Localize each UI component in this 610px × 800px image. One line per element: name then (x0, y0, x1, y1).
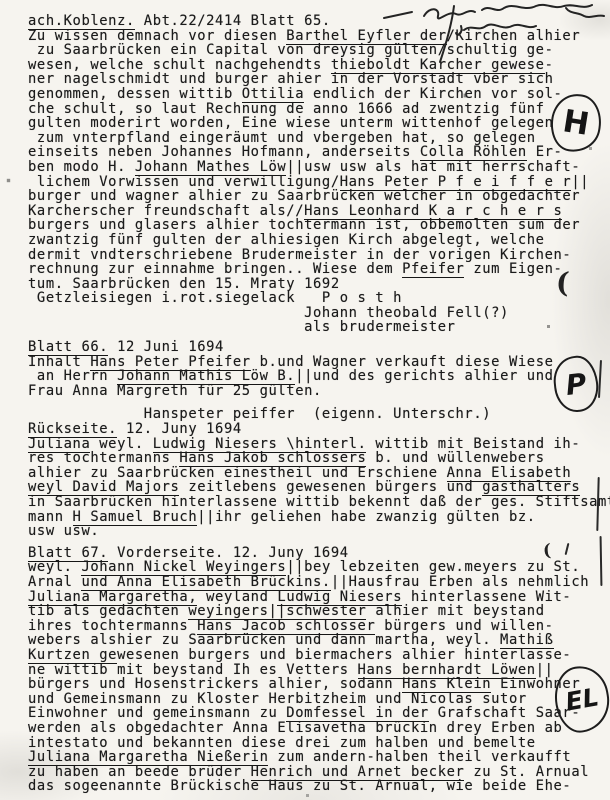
text-segment: intestato und bekannten diese drei zum h… (28, 735, 536, 751)
text-line: zu haben an beede brüder Henrich und Arn… (28, 765, 610, 780)
text-segment: wittib mit Beistand ih- (366, 436, 580, 452)
text-line: Blatt 67. Vorderseite. 12. Juny 1694 (28, 546, 610, 561)
text-segment: res tochtermanns (28, 450, 179, 466)
text-segment: genommen, dessen wittib (28, 86, 242, 102)
text-segment: tib als gedachten (28, 603, 188, 619)
text-line: che schult, so laut Rechnung de anno 166… (28, 102, 610, 117)
text-segment: Arnal (28, 574, 81, 590)
text-segment: burgers und glasers alhier tochtermann i… (28, 217, 580, 233)
text-line: an Herrn Johann Mathis Löw B.||und des g… (28, 369, 610, 384)
text-segment: mann (28, 509, 73, 525)
text-segment: bürgers und Hosenstrickers alhier, sodan… (28, 676, 402, 692)
text-segment: zeitlebens gewesenen bürgers und (179, 479, 482, 495)
text-segment: weyl. (90, 436, 152, 452)
text-segment: b. und wüllenwebers (366, 450, 544, 466)
text-line: Rückseite. 12. Juny 1694 (28, 422, 610, 437)
text-line: rechnung zur einnahme bringen.. Wiese de… (28, 262, 610, 277)
text-segment: bürgers und willen- (375, 618, 553, 634)
text-segment: che schult, so laut Rechnung de anno 166… (28, 101, 545, 117)
text-line: als brudermeister (28, 320, 610, 335)
text-segment: ||und des gerichts alhier und (295, 368, 553, 384)
underlined-text: Pfeifer (402, 261, 464, 278)
text-line: bürgers und Hosenstrickers alhier, sodan… (28, 677, 610, 692)
text-segment: weyland (197, 589, 277, 605)
text-line: Frau Anna Margreth für 25 gülten. (28, 384, 610, 399)
text-segment: hinterlassene Wit- (402, 589, 571, 605)
text-segment: zum Eigen- (464, 261, 562, 277)
text-line: tib als gedachten weyingers||schwester a… (28, 604, 610, 619)
text-segment: ||bey lebzeiten gew.meyers zu St. (286, 559, 580, 575)
text-segment: webers alshier zu Saarbrücken und dann m… (28, 632, 500, 648)
text-line: Juliana weyl. Ludwig Niesers \hinterl. w… (28, 437, 610, 452)
text-line: ben modo H. Johann Mathes Löw||usw usw a… (28, 160, 610, 175)
text-block: ach.Koblenz. Abt.22/2414 Blatt 65.Zu wis… (28, 14, 610, 794)
text-segment: ben modo H. (28, 159, 135, 175)
text-line: ihres tochtermanns Hans Jacob schlosser … (28, 619, 610, 634)
text-segment: tum. Saarbrücken den 15. Mraty 1692 (28, 276, 340, 292)
text-segment: Hanspeter peiffer (eigenn. Unterschr.) (28, 406, 491, 422)
text-segment: lichem Vorwissen und verwilligung/ (28, 174, 340, 190)
text-segment: 12. Juny 1694 (117, 421, 242, 437)
text-segment: endlich der Kirchen vor sol- (304, 86, 562, 102)
text-line: das sogeenannte Brückische Haus zu St. A… (28, 779, 610, 794)
text-line: weyl David Majors zeitlebens gewesenen b… (28, 480, 610, 495)
text-line: Einwohner und gemeinsmann zu Domfessel i… (28, 706, 610, 721)
text-line: zum vnterpfland eingeräumt und vbergeben… (28, 131, 610, 146)
text-segment: || (571, 174, 589, 190)
text-line: usw usw. (28, 524, 610, 539)
text-segment: einseits neben Johannes Hofmann, anderse… (28, 144, 420, 160)
text-segment: Einwohner und gemeinsmann zu (28, 705, 286, 721)
text-segment: wesenen burgers und biermachers alhier h… (117, 647, 571, 663)
text-line: Getzleisiegen i.rot.siegelack P o s t h (28, 291, 610, 306)
text-segment: als brudermeister (28, 319, 456, 335)
paper-specks (0, 0, 1, 1)
text-segment: Inhalt (28, 354, 90, 370)
text-segment: Frau Anna Margreth für 25 gülten. (28, 383, 322, 399)
margin-paren-mark: ( (555, 266, 571, 300)
text-segment: 12 Juni 1694 (108, 339, 224, 355)
text-line: Inhalt Hans Peter Pfeifer b.und Wagner v… (28, 355, 610, 370)
text-segment: ner nagelschmidt und burger ahier in der… (28, 71, 553, 87)
text-line: burgers und glasers alhier tochtermann i… (28, 218, 610, 233)
text-line: werden als obgedachter Anna Elisavetha b… (28, 721, 610, 736)
text-segment: und Gemeinsmann zu Kloster Herbitzheim u… (28, 691, 527, 707)
text-segment: ||ihr geliehen habe zwanzig gülten bz. (197, 509, 535, 525)
text-segment: zum andern-halben theil verkaufft (268, 749, 571, 765)
text-segment: Vorderseite. 12. Juny 1694 (108, 545, 348, 561)
text-line: zwantzig fünf gulten der alhiesigen Kirc… (28, 233, 610, 248)
text-line: intestato und bekannten diese drei zum h… (28, 736, 610, 751)
text-segment: ||usw usw als hat mit herrschaft- (286, 159, 580, 175)
text-line: mann H Samuel Bruch||ihr geliehen habe z… (28, 510, 610, 525)
text-segment: weyl. (28, 559, 81, 575)
text-segment: an Herrn (28, 368, 117, 384)
text-segment: wesen, welche schult nachgehendts (28, 57, 331, 73)
text-segment: Er- (527, 144, 563, 160)
text-segment: dermit vndterschriebene Brudermeister in… (28, 247, 571, 263)
text-segment: Zu wissen demnach vor diesen (28, 28, 286, 44)
handwritten-scribble-icon (378, 0, 608, 66)
text-line: dermit vndterschriebene Brudermeister in… (28, 248, 610, 263)
text-segment: || (536, 662, 554, 678)
text-line: Karcherscher freundschaft als//Hans Leon… (28, 204, 610, 219)
text-segment: zum vnterpfland eingeräumt und vbergeben… (28, 130, 536, 146)
text-segment: alhier mit beystand (366, 603, 544, 619)
text-segment: ihres tochtermanns (28, 618, 197, 634)
text-segment: burger und wagner alhier zu Saarbrücken … (28, 188, 580, 204)
text-line: Hanspeter peiffer (eigenn. Unterschr.) (28, 407, 610, 422)
text-line: und Gemeinsmann zu Kloster Herbitzheim u… (28, 692, 610, 707)
text-segment: b.und Wagner verkauft diese Wiese (251, 354, 554, 370)
text-line: ne wittib mit beystand Ih es Vetters Han… (28, 663, 610, 678)
text-segment: zwantzig fünf gulten der alhiesigen Kirc… (28, 232, 545, 248)
text-line: lichem Vorwissen und verwilligung/Hans P… (28, 175, 610, 190)
text-segment: gulten moderirt worden, Eine wiese unter… (28, 115, 553, 131)
text-segment: zu St. Arnual (464, 764, 589, 780)
text-line: webers alshier zu Saarbrücken und dann m… (28, 633, 610, 648)
text-line: ner nagelschmidt und burger ahier in der… (28, 72, 610, 87)
text-segment: Abt.22/2414 Blatt 65. (135, 13, 331, 29)
text-line: burger und wagner alhier zu Saarbrücken … (28, 189, 610, 204)
text-line: Arnal und Anna Elisabeth Brückins.||Haus… (28, 575, 610, 590)
text-segment: rechnung zur einnahme bringen.. Wiese de… (28, 261, 402, 277)
text-segment: das sogeenannte Brückische Haus zu St. A… (28, 778, 571, 794)
text-line: alhier zu Saarbrücken einestheil und Ers… (28, 466, 610, 481)
text-line: Kurtzen gewesenen burgers und biermacher… (28, 648, 610, 663)
text-line: Juliana Margaretha, weyland Ludwig Niese… (28, 590, 610, 605)
text-line: gulten moderirt worden, Eine wiese unter… (28, 116, 610, 131)
text-segment: werden als obgedachter Anna Elisavetha b… (28, 720, 562, 736)
text-line: einseits neben Johannes Hofmann, anderse… (28, 145, 610, 160)
text-line: Juliana Margaretha Nießerin zum andern-h… (28, 750, 610, 765)
text-segment: Getzleisiegen i.rot.siegelack P o s t h (28, 290, 402, 306)
inline-paren-mark: ( (542, 541, 551, 562)
text-segment: in Saarbrücken hinterlassene wittib beke… (28, 494, 610, 510)
text-line: genommen, dessen wittib Ottilia endlich … (28, 87, 610, 102)
text-segment: alhier zu Saarbrücken einestheil und Ers… (28, 465, 447, 481)
text-line: Johann theobald Fell(?) (28, 306, 610, 321)
scanned-document-page: ach.Koblenz. Abt.22/2414 Blatt 65.Zu wis… (0, 0, 610, 800)
text-segment: Johann theobald Fell(?) (28, 305, 509, 321)
text-line: res tochtermanns Hans Jakob schlossers b… (28, 451, 610, 466)
text-segment: ||Hausfrau Erben als nehmlich (331, 574, 589, 590)
text-segment: usw usw. (28, 523, 99, 539)
text-segment: ne wittib mit beystand Ih es Vetters (28, 662, 358, 678)
text-line: in Saarbrücken hinterlassene wittib beke… (28, 495, 610, 510)
text-segment: zu haben an beede brüder (28, 764, 251, 780)
text-line: Blatt 66. 12 Juni 1694 (28, 340, 610, 355)
text-line: tum. Saarbrücken den 15. Mraty 1692 (28, 277, 610, 292)
text-line: weyl. Johann Nickel Weyingers||bey lebze… (28, 560, 610, 575)
text-segment: Karcherscher freundschaft als// (28, 203, 304, 219)
